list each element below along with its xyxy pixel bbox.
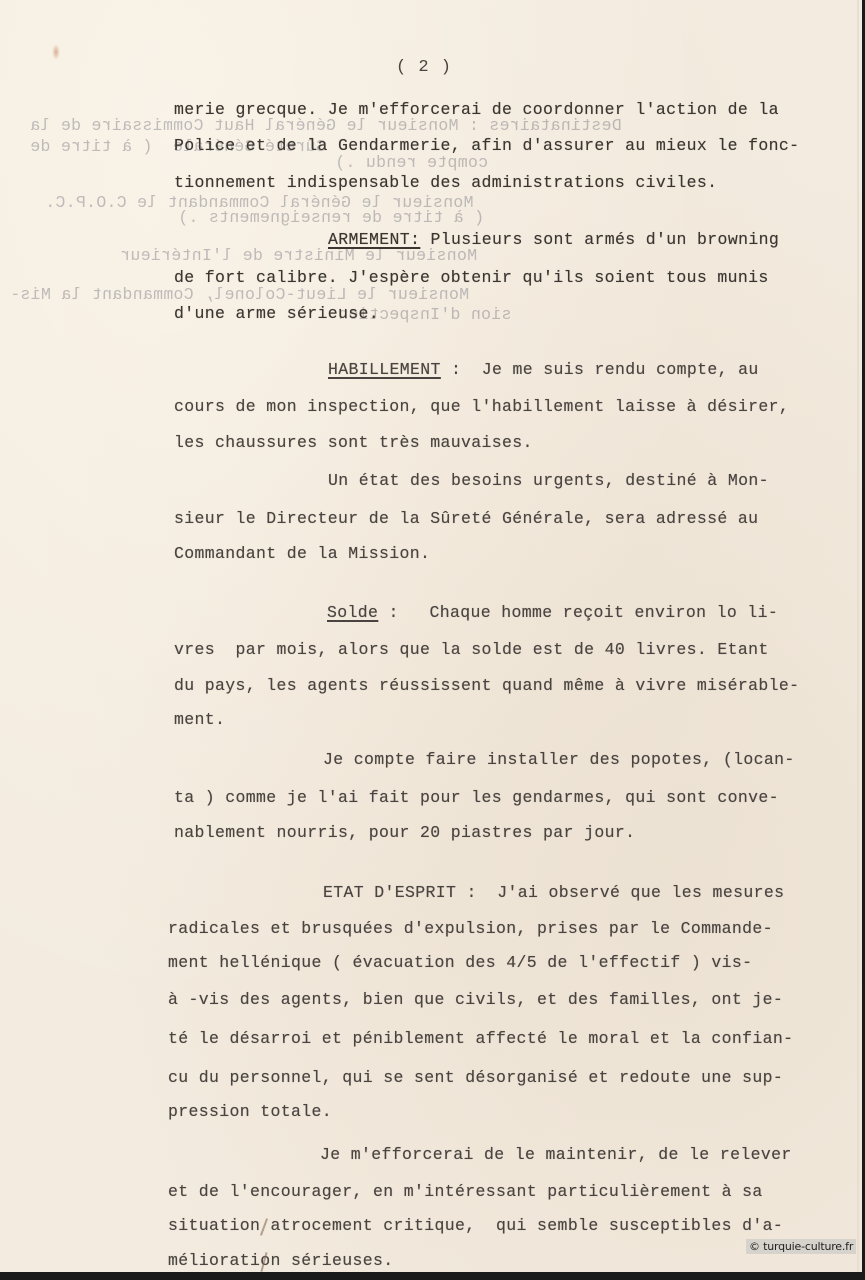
- text-line: sieur le Directeur de la Sûreté Générale…: [174, 509, 758, 529]
- document-page: Destinataires : Monsieur le Général Haut…: [0, 0, 862, 1272]
- section-solde: Solde : Chaque homme reçoit environ lo l…: [315, 603, 778, 623]
- text-line: Police et de la Gendarmerie, afin d'assu…: [174, 136, 799, 156]
- show-through-line: ( à titre de renseignements .): [178, 208, 484, 228]
- text-line: cours de mon inspection, que l'habilleme…: [174, 397, 789, 417]
- paper-stain: [52, 44, 60, 60]
- section-heading: ARMEMENT:: [328, 230, 420, 249]
- text-line: Commandant de la Mission.: [174, 544, 430, 564]
- text-line: d'une arme sérieuse.: [174, 304, 379, 324]
- text-line: à -vis des agents, bien que civils, et d…: [168, 990, 783, 1010]
- show-through-line: Monsieur le Lieut-Colonel, Commandant la…: [10, 285, 469, 305]
- text-line: et de l'encourager, en m'intéressant par…: [168, 1182, 763, 1202]
- section-armement: ARMEMENT: Plusieurs sont armés d'un brow…: [328, 230, 779, 250]
- text-line: Un état des besoins urgents, destiné à M…: [328, 471, 769, 491]
- section-heading: Solde: [315, 603, 378, 622]
- text-line: : Je me suis rendu compte, au: [441, 360, 759, 379]
- text-line: merie grecque. Je m'efforcerai de coordo…: [174, 100, 779, 120]
- section-heading: HABILLEMENT: [328, 360, 441, 379]
- page-edge: [857, 0, 859, 1272]
- text-line: pression totale.: [168, 1102, 332, 1122]
- text-line: Je m'efforcerai de le maintenir, de le r…: [320, 1145, 792, 1165]
- text-line: ment hellénique ( évacuation des 4/5 de …: [168, 953, 752, 973]
- text-line: Plusieurs sont armés d'un browning: [420, 230, 779, 249]
- text-line: tionnement indispensable des administrat…: [174, 173, 717, 193]
- text-line: radicales et brusquées d'expulsion, pris…: [168, 919, 773, 939]
- show-through-line: compte rendu .): [335, 153, 488, 173]
- text-line: ta ) comme je l'ai fait pour les gendarm…: [174, 788, 779, 808]
- page-number: ( 2 ): [396, 58, 452, 77]
- text-line: ment.: [174, 710, 225, 730]
- section-etat-esprit: ETAT D'ESPRIT : J'ai observé que les mes…: [323, 883, 784, 903]
- text-line: de fort calibre. J'espère obtenir qu'ils…: [174, 268, 769, 288]
- text-line: : Chaque homme reçoit environ lo li-: [378, 603, 778, 622]
- text-line: les chaussures sont très mauvaises.: [174, 433, 533, 453]
- section-habillement: HABILLEMENT : Je me suis rendu compte, a…: [328, 360, 759, 380]
- text-line: té le désarroi et péniblement affecté le…: [168, 1029, 793, 1049]
- text-line: du pays, les agents réussissent quand mê…: [174, 676, 799, 696]
- copyright-watermark: © turquie-culture.fr: [746, 1239, 856, 1254]
- text-line: Je compte faire installer des popotes, (…: [323, 750, 795, 770]
- text-line: nablement nourris, pour 20 piastres par …: [174, 823, 635, 843]
- text-line: cu du personnel, qui se sent désorganisé…: [168, 1068, 783, 1088]
- text-line: vres par mois, alors que la solde est de…: [174, 640, 769, 660]
- text-line: mélioration sérieuses.: [168, 1251, 394, 1271]
